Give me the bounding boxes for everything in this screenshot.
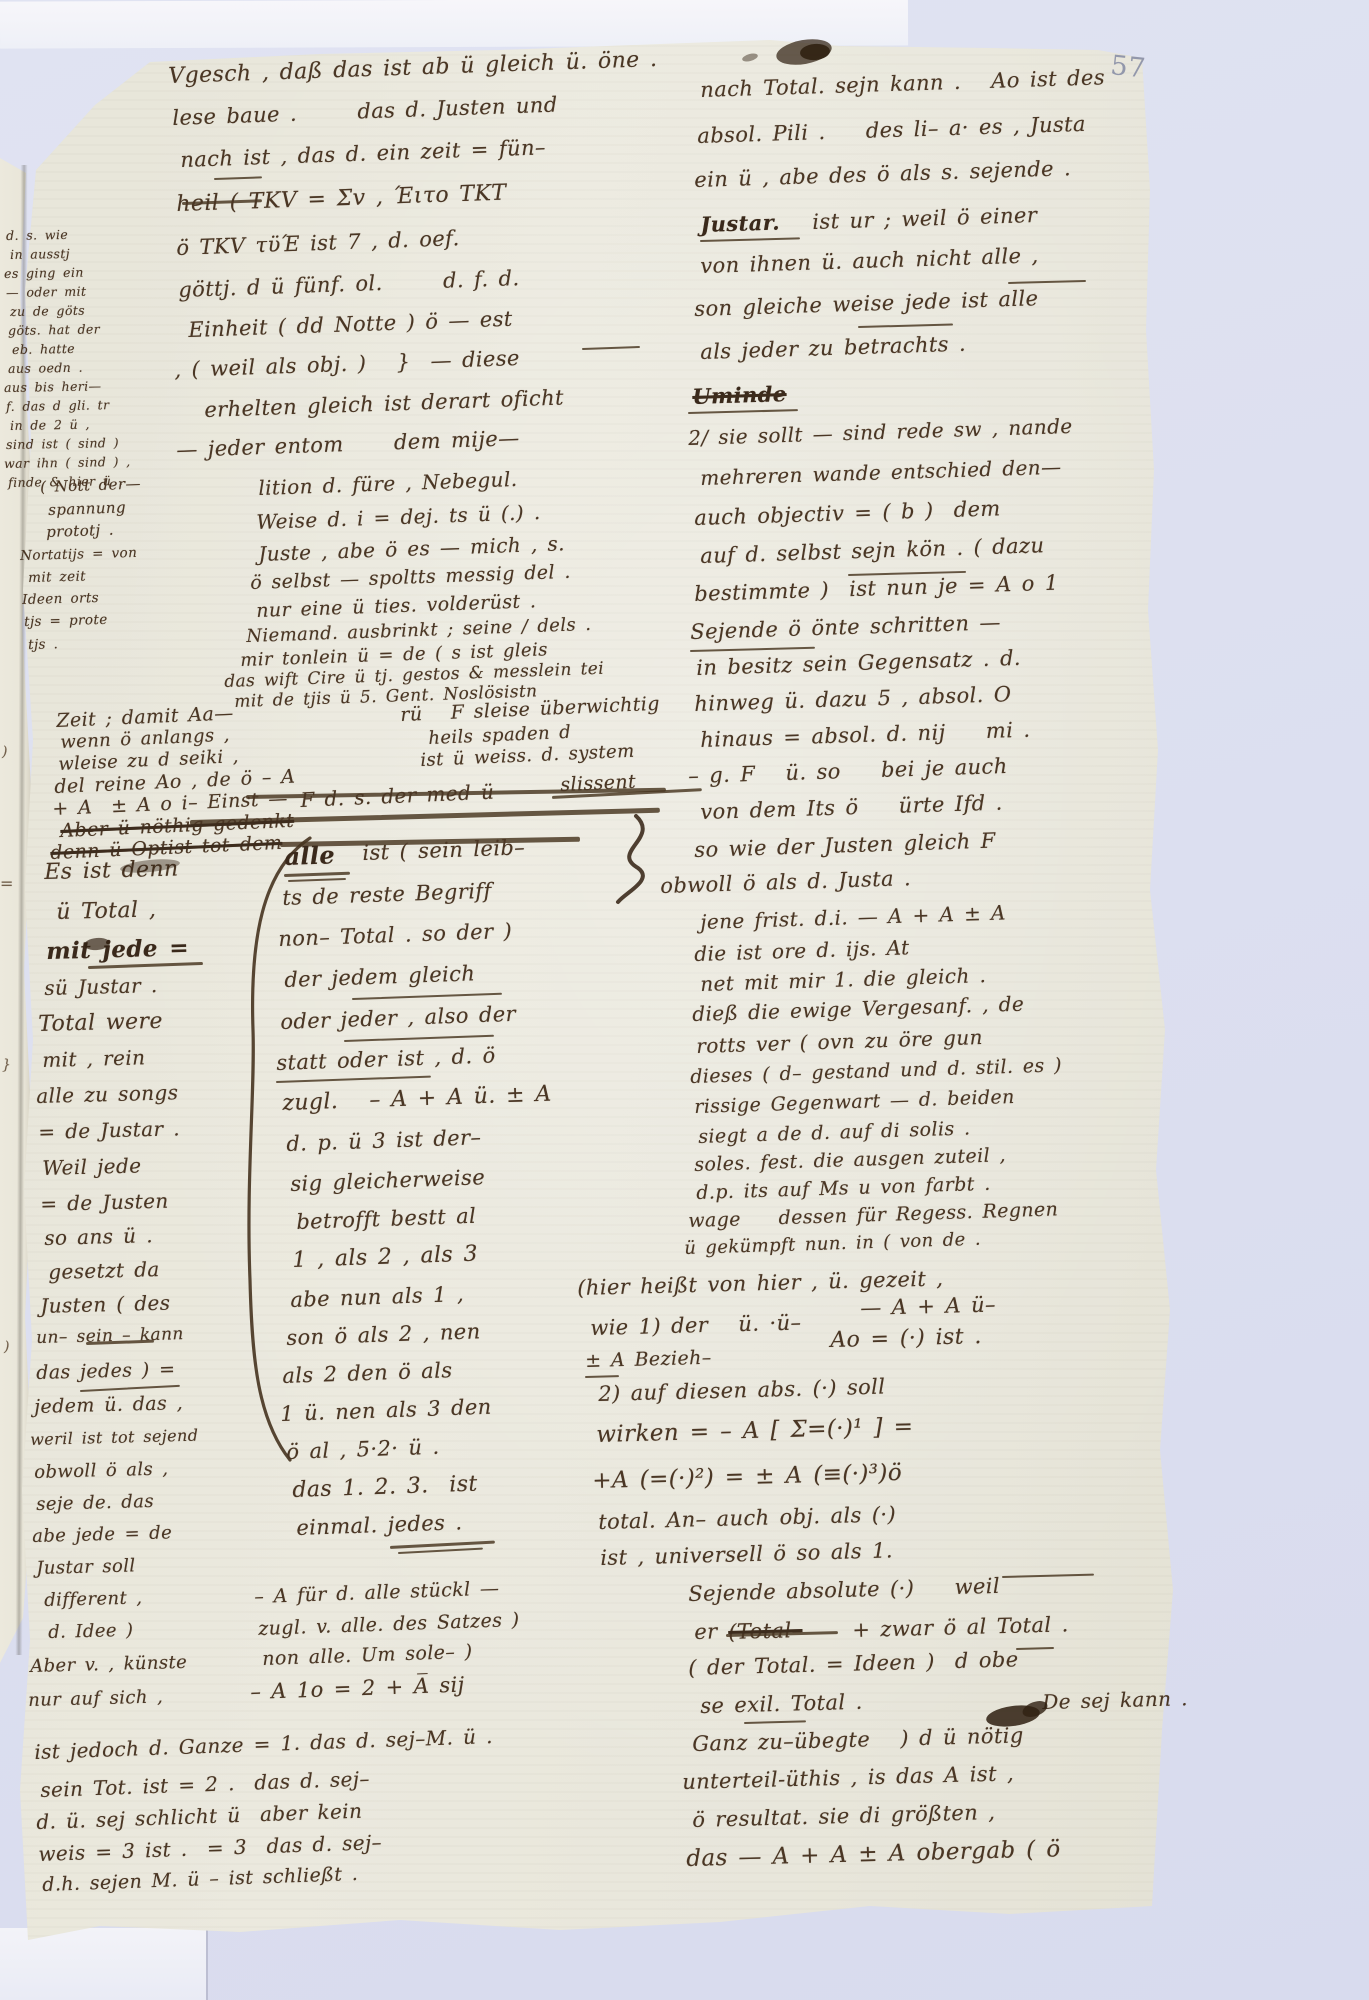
margin-note-nott-line: ( Nott der— <box>40 476 141 495</box>
column-left-narrow-line: so ans ü . <box>44 1225 153 1248</box>
margin-note-typ-line: tjs = prote <box>24 614 108 630</box>
column-two-formulas-line: er <box>694 1621 718 1643</box>
margin-note-nott-line: prototj . <box>46 523 114 540</box>
margin-note-typ-line: Ideen orts <box>22 592 99 608</box>
manuscript-scan-page: 57 d. s. wiein ausstjes ging ein— oder m… <box>0 0 1369 2000</box>
column-left-narrow-line: = de Justen <box>40 1191 169 1214</box>
column-two-formulas-line: ± A Bezieh– <box>585 1349 712 1371</box>
page-number: 57 <box>1109 52 1147 83</box>
margin-note-typ-line: Nortatijs = von <box>20 547 137 564</box>
column-left-narrow-line: = de Justar . <box>38 1118 180 1142</box>
adjacent-page-edge-marks-line: = <box>0 876 14 892</box>
column-left-narrow-line: mit jede = <box>46 936 189 963</box>
column-left-narrow-line: seje de. das <box>36 1493 154 1514</box>
column-left-narrow-line: d. Idee ) <box>48 1622 134 1642</box>
column-left-narrow-line: das jedes ) = <box>36 1360 176 1383</box>
column-left-narrow-line: jedem ü. das , <box>34 1394 183 1417</box>
column-left-narrow-line: ü Total , <box>56 899 156 924</box>
column-left-narrow-line: Weil jede <box>42 1155 142 1178</box>
column-left-narrow-line: weril ist tot sejend <box>30 1428 199 1448</box>
margin-notes-upper-line: sind ist ( sind ) <box>6 437 119 451</box>
column-left-narrow-line: different , <box>44 1589 143 1610</box>
margin-notes-upper-line: es ging ein <box>4 267 84 281</box>
column-left-narrow-line: gesetzt da <box>48 1259 160 1282</box>
margin-notes-upper-line: f. das d gli. tr <box>6 399 109 413</box>
margin-note-typ-line: mit zeit <box>28 570 86 585</box>
margin-note-typ-line: tjs . <box>28 638 58 652</box>
column-two-formulas-line: De sej kann . <box>1042 1688 1188 1712</box>
column-two-formulas-line: (Total– <box>728 1620 803 1643</box>
margin-note-nott-line: spannung <box>48 500 126 518</box>
column-one-zeit-cluster-line: slissent <box>560 773 636 795</box>
column-two-formulas-line: Ao = (·) ist . <box>830 1326 982 1352</box>
column-braced-line: ist ( sein leib– <box>362 837 525 864</box>
scan-seam-line <box>206 1928 208 2000</box>
margin-notes-upper-line: aus oedn . <box>8 362 83 376</box>
margin-notes-upper-line: war ihn ( sind ) , <box>4 456 131 471</box>
margin-notes-upper-line: göts. hat der <box>8 323 100 337</box>
adjacent-page-edge-marks-line: ) <box>4 1340 10 1354</box>
column-braced-line: ö al , 5·2· ü . <box>286 1437 440 1463</box>
column-left-narrow-line: Justen ( des <box>40 1293 171 1316</box>
adjacent-page-edge-marks-line: ) <box>2 745 8 759</box>
column-braced-line: einmal. jedes . <box>296 1512 463 1539</box>
column-left-narrow-line: obwoll ö als , <box>34 1460 169 1482</box>
margin-notes-upper-line: — oder mit <box>6 286 86 300</box>
margin-notes-upper-line: d. s. wie <box>6 229 68 243</box>
column-left-narrow-line: alle zu songs <box>36 1082 179 1106</box>
column-braced-line: als 2 den ö als <box>282 1360 453 1387</box>
column-left-narrow-line: sü Justar . <box>44 975 158 998</box>
column-left-narrow-line: mit , rein <box>42 1047 146 1070</box>
column-two-formulas-line: wie 1) der ü. ·ü– <box>590 1312 802 1339</box>
column-two-formulas-line: + zwar ö al Total . <box>852 1614 1069 1641</box>
column-left-narrow-line: Justar soll <box>36 1557 136 1578</box>
margin-notes-upper-line: eb. hatte <box>12 343 75 357</box>
column-two-line: Justar. <box>700 211 780 234</box>
margin-notes-upper-line: aus bis heri— <box>4 380 102 394</box>
margin-notes-upper-line: zu de göts <box>10 305 85 319</box>
column-two-line: die ist ore d. ijs. At <box>694 937 910 964</box>
column-left-narrow-line: Aber v. , künste <box>30 1654 187 1676</box>
margin-notes-upper-line: in ausstj <box>10 248 70 262</box>
column-braced-line: alle <box>284 843 335 869</box>
column-left-narrow-line: abe jede = de <box>32 1524 172 1546</box>
column-two-formulas-line: se exil. Total . <box>700 1692 863 1717</box>
column-left-narrow-line: un– sein – kann <box>36 1326 184 1347</box>
column-left-narrow-line: Total were <box>38 1011 163 1036</box>
adjacent-page-edge-marks-line: } <box>2 1058 11 1072</box>
column-two-line: Uminde <box>692 383 787 407</box>
margin-notes-upper-line: in de 2 ü , <box>10 419 90 433</box>
column-left-narrow-line: nur auf sich , <box>28 1688 163 1710</box>
column-two-formulas-line: — A + A ü– <box>860 1294 996 1319</box>
